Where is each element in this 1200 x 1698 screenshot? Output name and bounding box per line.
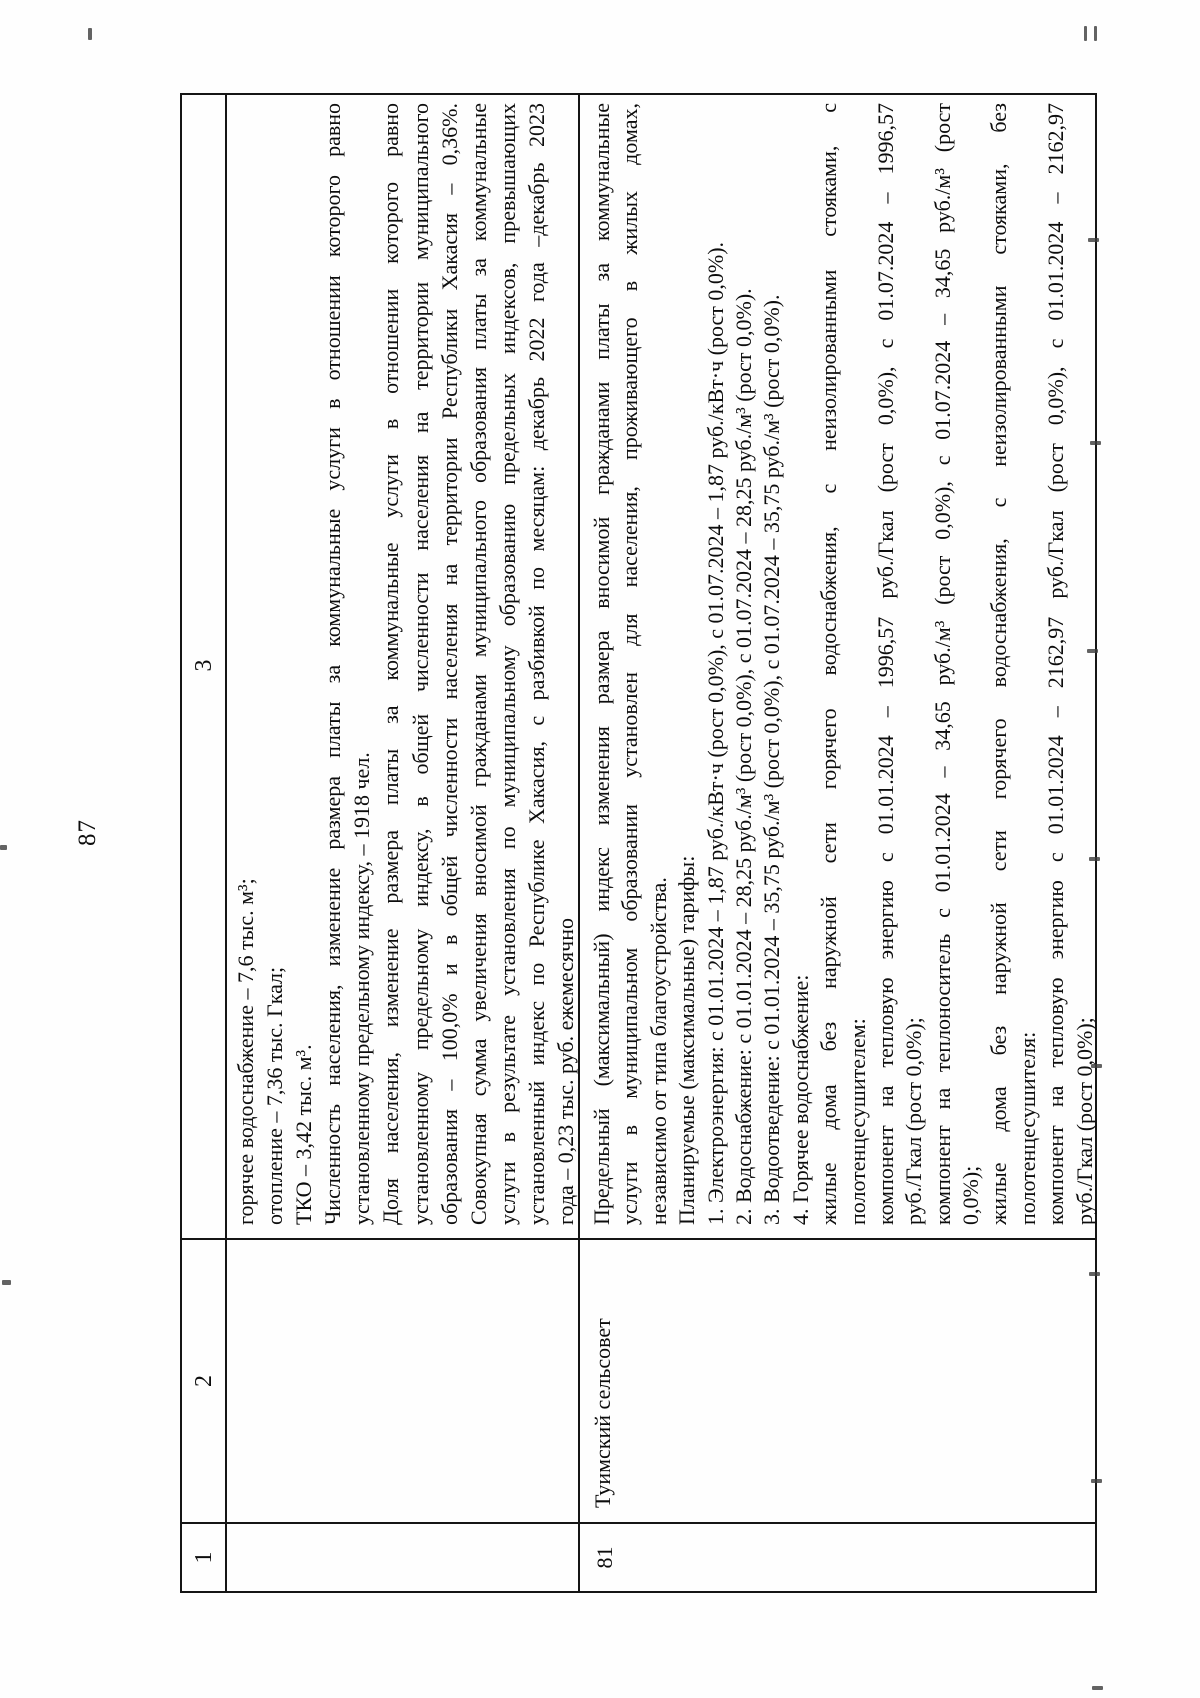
column-header-2: 2: [191, 1240, 218, 1522]
text-line: компонент на теплоноситель с 01.01.2024 …: [929, 103, 957, 1225]
text-line: руб./Гкал (рост 0,0%);: [1071, 103, 1099, 1225]
text-line: установленному предельному индексу, – 19…: [347, 103, 376, 1225]
text-line: жилые дома без наружной сети горячего во…: [815, 103, 843, 1225]
scan-artifact: [1091, 1064, 1102, 1068]
scan-artifact: [1094, 26, 1097, 41]
column-header-3: 3: [191, 93, 218, 1238]
scan-artifact: [1091, 1479, 1102, 1483]
text-line: установленному предельному индексу, в об…: [406, 103, 435, 1225]
text-line: жилые дома без наружной сети горячего во…: [985, 103, 1013, 1225]
scan-artifact: [1084, 26, 1087, 41]
text-line: года – 0,23 тыс. руб. ежемесячно: [551, 103, 580, 1225]
table-border: [225, 95, 227, 1591]
scan-artifact: [1088, 238, 1099, 242]
text-line: Численность населения, изменение размера…: [318, 103, 347, 1225]
municipality-name: Туимский сельсовет: [590, 1242, 616, 1508]
table-row-number: 81: [592, 1524, 618, 1591]
text-line: полотенцесушителя:: [1014, 103, 1042, 1225]
scan-artifact: [1092, 1686, 1103, 1690]
text-line: отопление – 7,36 тыс. Гкал;: [260, 103, 289, 1225]
text-line: руб./Гкал (рост 0,0%);: [900, 103, 928, 1225]
text-line: Доля населения, изменение размера платы …: [376, 103, 405, 1225]
scan-artifact: [1087, 649, 1098, 653]
text-line: услуги в муниципальном образовании устан…: [616, 103, 644, 1225]
table-row-continuation-description: горячее водоснабжение – 7,6 тыс. м³;отоп…: [231, 103, 580, 1225]
scan-artifact: [1090, 441, 1101, 445]
text-line: услуги в результате установления по муни…: [493, 103, 522, 1225]
scan-artifact: [0, 845, 7, 850]
scanned-page: 87 1 2 3 горячее водоснабжение – 7,6 тыс…: [0, 0, 1200, 1698]
text-line: образования – 100,0% и в общей численнос…: [435, 103, 464, 1225]
scan-artifact: [1089, 857, 1100, 861]
text-line: Планируемые (максимальные) тарифы:: [673, 103, 701, 1225]
text-line: независимо от типа благоустройства.: [645, 103, 673, 1225]
text-line: горячее водоснабжение – 7,6 тыс. м³;: [231, 103, 260, 1225]
text-line: 0,0%);: [957, 103, 985, 1225]
table-row-81-description: Предельный (максимальный) индекс изменен…: [588, 103, 1099, 1225]
scan-artifact: [1089, 1272, 1100, 1276]
text-line: 1. Электроэнергия: с 01.01.2024 – 1,87 р…: [702, 103, 730, 1225]
text-line: Совокупная сумма увеличения вносимой гра…: [464, 103, 493, 1225]
text-line: 3. Водоотведение: с 01.01.2024 – 35,75 р…: [758, 103, 786, 1225]
scan-artifact: [88, 28, 92, 40]
text-line: компонент на тепловую энергию с 01.01.20…: [872, 103, 900, 1225]
page-number: 87: [74, 819, 102, 846]
text-line: установленный индекс по Республике Хакас…: [522, 103, 551, 1225]
text-line: ТКО – 3,42 тыс. м³.: [289, 103, 318, 1225]
text-line: 4. Горячее водоснабжение:: [787, 103, 815, 1225]
table-border: [182, 1522, 1095, 1524]
column-header-1: 1: [191, 1524, 218, 1591]
table-border: [182, 1238, 1095, 1240]
text-line: полотенцесушителем:: [844, 103, 872, 1225]
document-rotated-content: 87 1 2 3 горячее водоснабжение – 7,6 тыс…: [0, 0, 1200, 1698]
text-line: 2. Водоснабжение: с 01.01.2024 – 28,25 р…: [730, 103, 758, 1225]
scan-artifact: [2, 1280, 11, 1285]
text-line: компонент на тепловую энергию с 01.01.20…: [1042, 103, 1070, 1225]
utility-index-table: 1 2 3 горячее водоснабжение – 7,6 тыс. м…: [180, 93, 1097, 1593]
text-line: Предельный (максимальный) индекс изменен…: [588, 103, 616, 1225]
